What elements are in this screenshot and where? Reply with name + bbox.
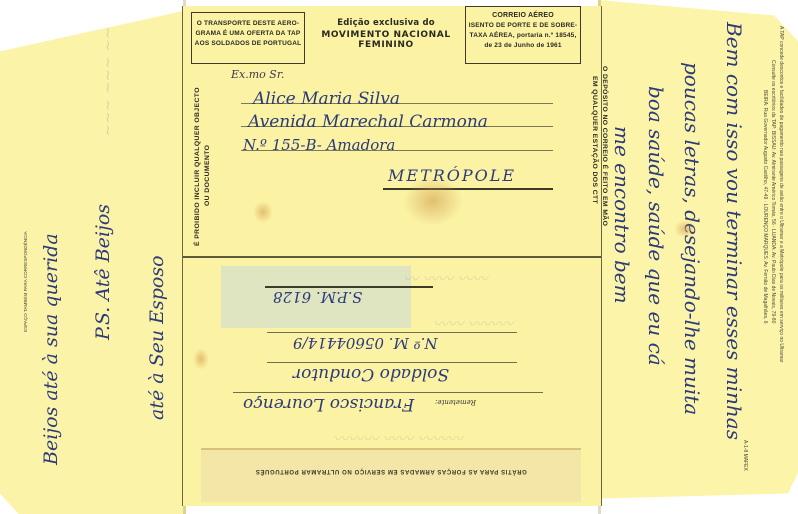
- free-for-forces-text: GRÁTIS PARA AS FORÇAS ARMADAS EM SERVIÇO…: [201, 468, 581, 474]
- airmail-line-3: TAXA AÉREA, portaria n.º 18545,: [466, 31, 580, 41]
- printer-mark: A-1-8 MAFEX: [741, 440, 748, 471]
- recipient-number: N.º 155-B- Amadora: [243, 136, 395, 154]
- right-flap-handwriting-line-2: poucas letras, desejando-lhe muita: [680, 62, 704, 415]
- salutation: Ex.mo Sr.: [231, 68, 284, 81]
- edition-title-line-1: Edição exclusiva do: [311, 18, 461, 28]
- stain: [253, 201, 273, 223]
- deposit-notice: O DEPÓSITO NO CORREIO É FEITO EM MÃO EM …: [589, 66, 609, 266]
- airmail-line-4: de 23 de Junho de 1961: [466, 41, 580, 51]
- stain: [674, 220, 696, 238]
- recipient-name: Alice Maria Silva: [253, 89, 400, 109]
- right-flap-handwriting-line-3: boa saúde, saúde que eu cá: [644, 86, 668, 366]
- sender-panel: S.P.M. 6128 N.º M. 05604414/9 Soldado Co…: [183, 258, 601, 506]
- show-through-writing: 〰〰〰 〰〰 〰〰〰: [333, 428, 463, 449]
- edition-title-line-2: MOVIMENTO NACIONAL FEMININO: [311, 30, 461, 50]
- stain: [193, 348, 209, 370]
- address-side: O TRANSPORTE DESTE AERO- GRAMA É UMA OFE…: [182, 6, 602, 506]
- correspondence-space-note: ESPAÇO TAMBÉM PARA CORRESPONDÊNCIA: [22, 231, 29, 332]
- right-flap-handwriting-line-4: me encontro bem: [610, 126, 634, 304]
- right-flap: Bem com isso vou terminar esses minhas p…: [598, 0, 798, 514]
- show-through-writing: 〰〰 〰〰〰: [433, 313, 513, 334]
- prohibited-line-2: OU DOCUMENTO: [203, 86, 213, 246]
- airmail-box: CORREIO AÉREO ISENTO DE PORTE E DE SOBRE…: [465, 6, 581, 64]
- prohibited-items-notice: É PROIBIDO INCLUIR QUALQUER OBJECTO OU D…: [193, 86, 213, 246]
- tap-offer-line-1: O TRANSPORTE DESTE AERO-: [192, 19, 304, 29]
- deposit-line-1: O DEPÓSITO NO CORREIO É FEITO EM MÃO: [599, 66, 609, 266]
- tap-discount-notice-2: Consulte os escritórios da TAP: BISSAU: …: [769, 60, 776, 323]
- right-flap-handwriting-line-1: Bem com isso vou terminar esses minhas: [722, 22, 746, 440]
- show-through-writing: ~~~ ~~~ ~~~~: [99, 1, 117, 136]
- show-through-writing: 〰 〰〰 〰〰: [403, 268, 488, 289]
- left-flap: ~~~ ~~~ ~~~~ ESPAÇO TAMBÉM PARA CORRESPO…: [0, 0, 186, 514]
- sender-line-3: [233, 392, 543, 393]
- sender-rank: Soldado Condutor: [293, 364, 449, 384]
- deposit-line-2: EM QUALQUER ESTAÇÃO DOS CTT: [589, 66, 599, 266]
- airmail-line-2: ISENTO DE PORTE E DE SOBRE-: [466, 21, 580, 31]
- tap-offer-line-2: GRAMA É UMA OFERTA DA TAP: [192, 29, 304, 39]
- front-panel: O TRANSPORTE DESTE AERO- GRAMA É UMA OFE…: [183, 6, 601, 258]
- sender-line-2: [267, 362, 517, 363]
- sender-number: N.º M. 05604414/9: [293, 334, 438, 352]
- recipient-street: Avenida Marechal Carmona: [248, 112, 488, 132]
- free-for-forces-banner: GRÁTIS PARA AS FORÇAS ARMADAS EM SERVIÇO…: [201, 448, 581, 502]
- tap-discount-notice-3: BEIRA: Rua Governador Augusto Castilho, …: [761, 90, 768, 324]
- sender-name: Francisco Lourenço: [243, 394, 414, 414]
- tap-offer-box: O TRANSPORTE DESTE AERO- GRAMA É UMA OFE…: [191, 12, 305, 64]
- stain: [403, 176, 463, 226]
- tap-offer-line-3: AOS SOLDADOS DE PORTUGAL: [192, 39, 304, 49]
- aerogram-scan: ~~~ ~~~ ~~~~ ESPAÇO TAMBÉM PARA CORRESPO…: [0, 0, 798, 514]
- sender-label: Remetente:: [435, 398, 476, 406]
- tap-discount-notice-1: A TAP concede descontos e facilidades de…: [777, 26, 784, 363]
- left-flap-handwriting-line-2: P.S. Atê Beijos: [92, 204, 114, 340]
- left-flap-handwriting-line-1: Beijos até à sua querida: [40, 233, 62, 465]
- left-flap-handwriting-line-3: até à Seu Esposo: [146, 255, 168, 420]
- edition-title: Edição exclusiva do MOVIMENTO NACIONAL F…: [311, 18, 461, 50]
- prohibited-line-1: É PROIBIDO INCLUIR QUALQUER OBJECTO: [193, 86, 203, 246]
- sender-unit: S.P.M. 6128: [273, 288, 362, 306]
- airmail-line-1: CORREIO AÉREO: [466, 11, 580, 21]
